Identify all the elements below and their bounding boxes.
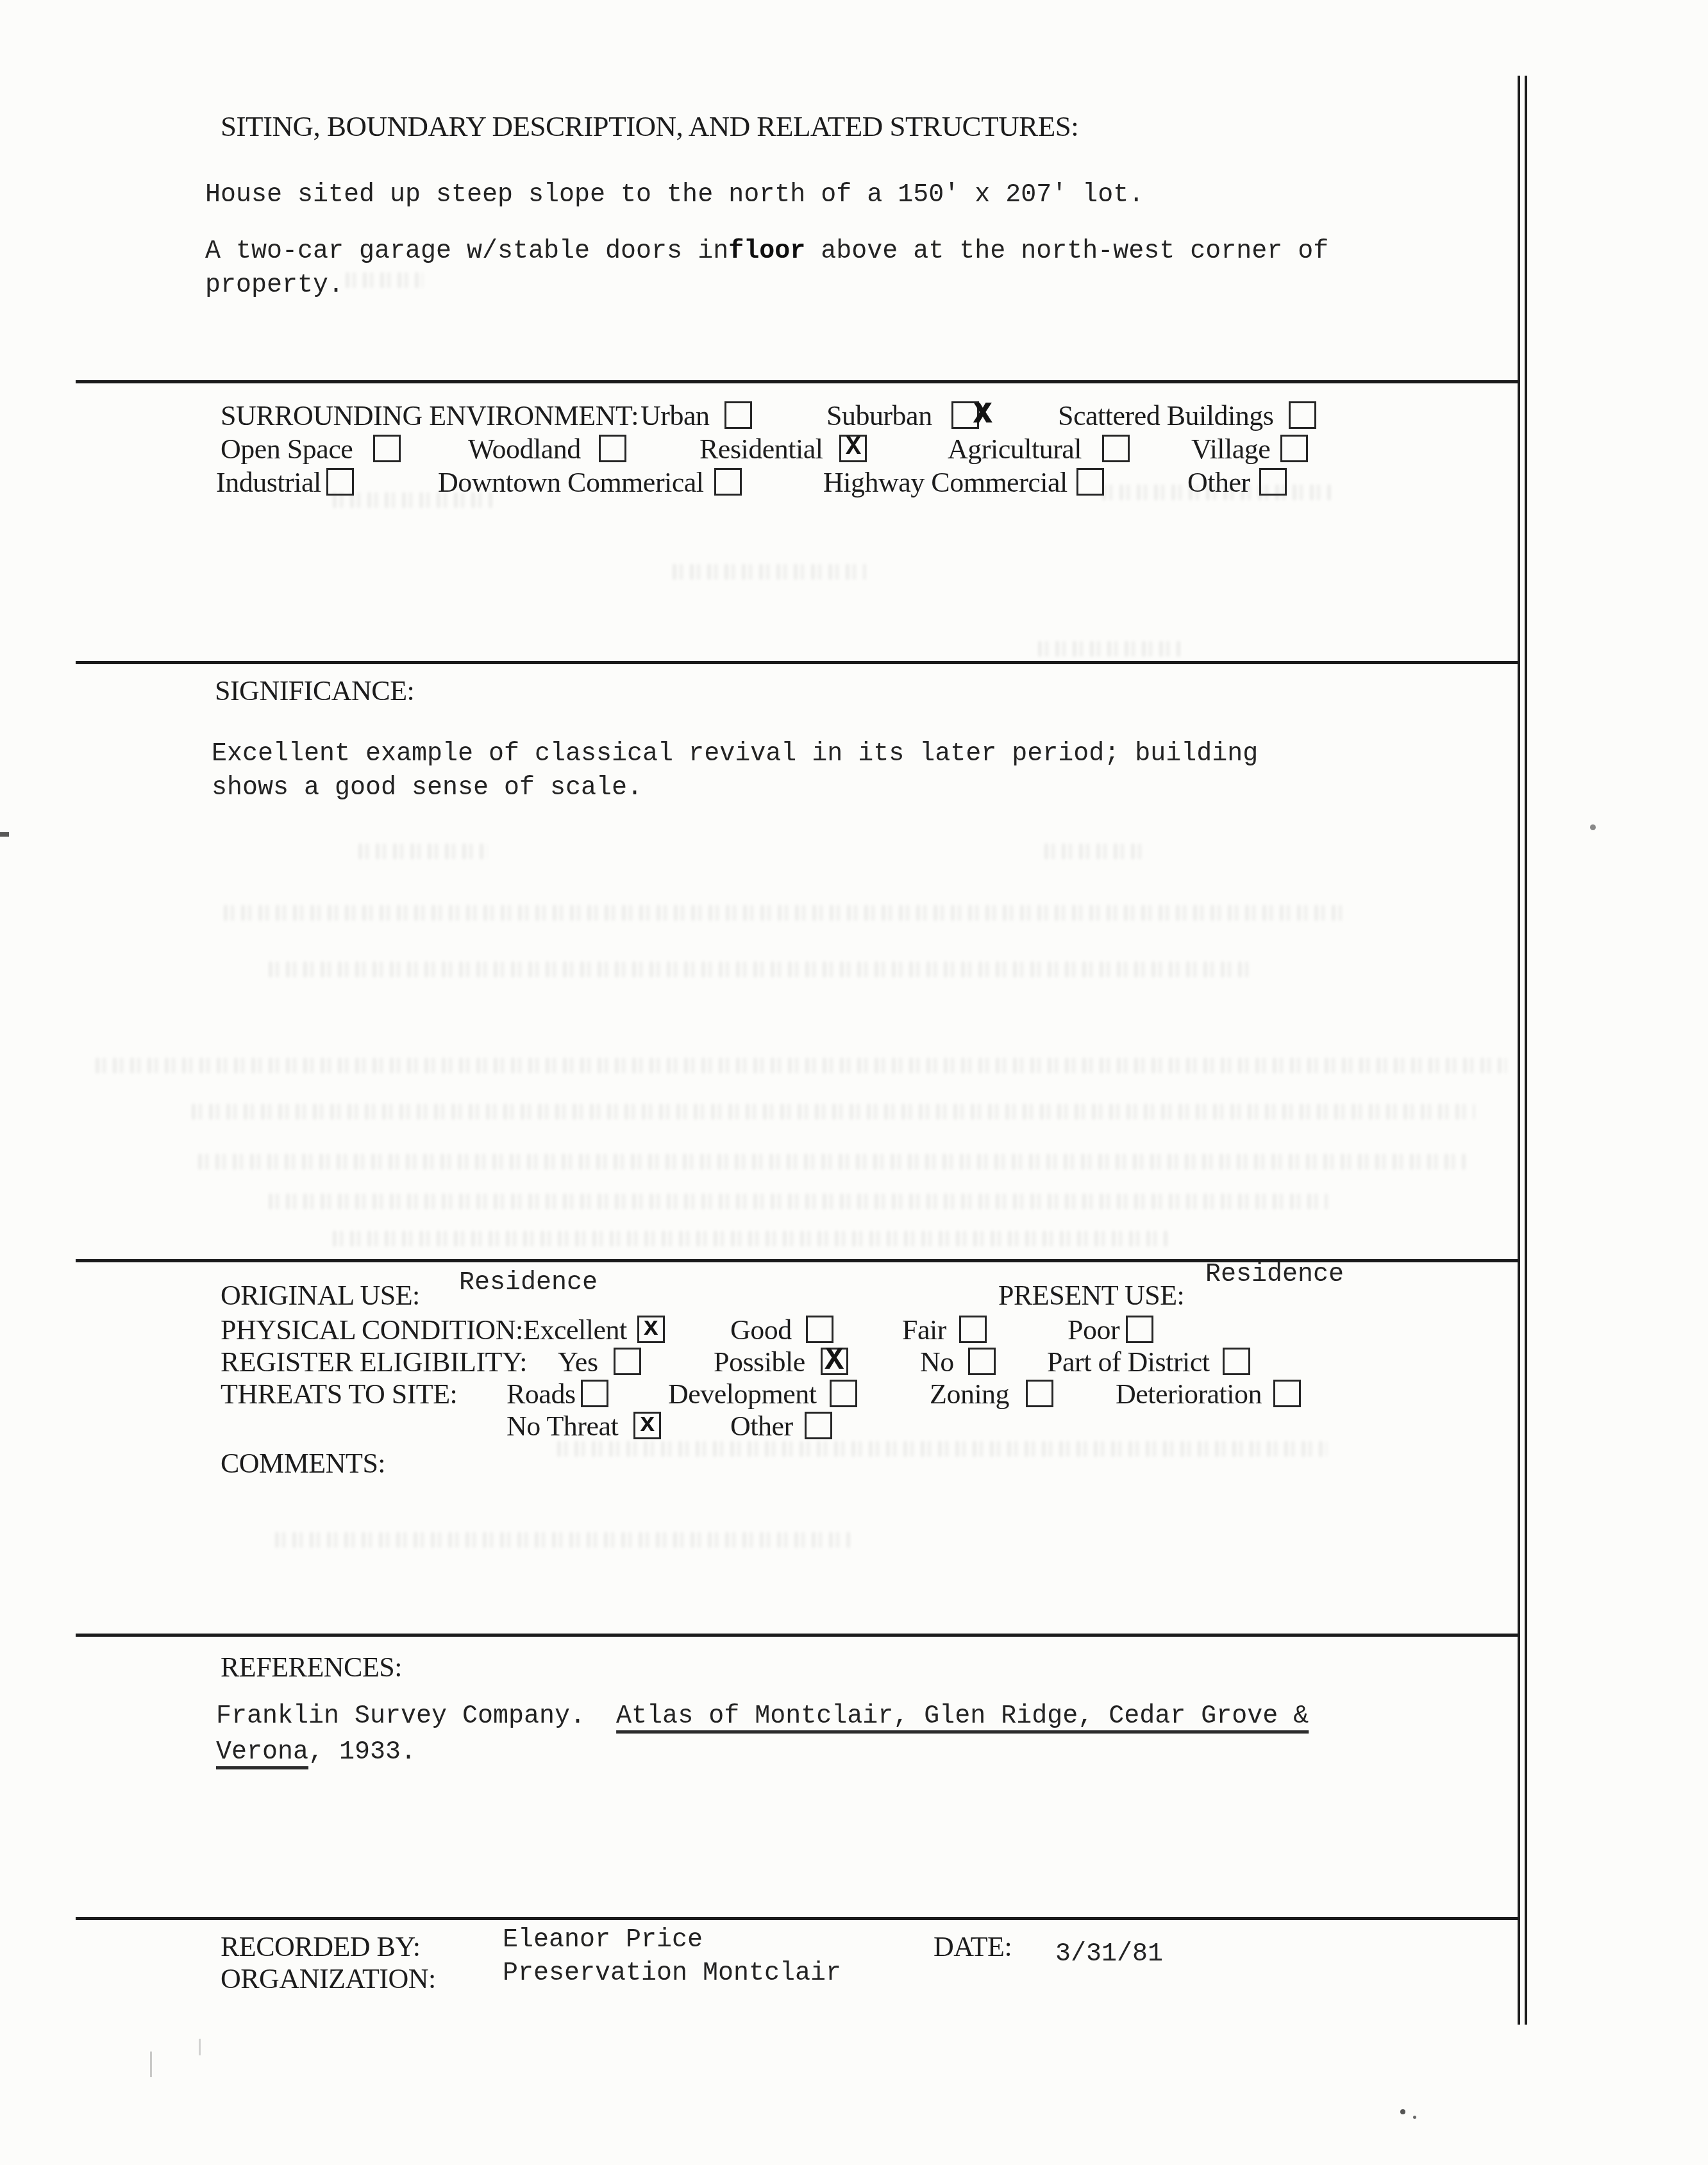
checkbox-mark: X: [846, 435, 861, 461]
reference-title-part-2: Verona: [216, 1738, 308, 1767]
env-option-label: Agricultural: [948, 433, 1082, 466]
env-option-label: Village: [1191, 433, 1270, 466]
environment-label-wrap: SURROUNDING ENVIRONMENT:: [221, 397, 639, 435]
env-option-village: Village: [1191, 431, 1308, 468]
date-value: 3/31/81: [1055, 1937, 1163, 1971]
checkbox-scattered-buildings[interactable]: [1289, 401, 1316, 429]
checkbox-deterioration[interactable]: [1273, 1380, 1301, 1407]
checkbox-mark: X: [825, 1345, 844, 1377]
original-use-value: Residence: [459, 1266, 598, 1300]
env-option-label: Industrial: [216, 467, 321, 499]
checkbox-part-of-district[interactable]: [1223, 1348, 1250, 1375]
environment-section-label: SURROUNDING ENVIRONMENT:: [221, 400, 639, 433]
ink-bleed-artifact: [192, 1104, 1475, 1119]
siting-paragraph-2-text: A two-car garage w/stable doors in: [205, 237, 728, 266]
ink-bleed-artifact: [276, 1532, 853, 1548]
env-option-suburban: Suburban XX: [826, 397, 979, 435]
present-use-label: PRESENT USE:: [998, 1280, 1184, 1312]
significance-line-1: Excellent example of classical revival i…: [212, 740, 1258, 769]
checkbox-open-space[interactable]: [373, 435, 401, 462]
reference-year: , 1933.: [308, 1738, 416, 1767]
organization-value: Preservation Montclair: [503, 1957, 841, 1991]
ink-bleed-artifact: [96, 1058, 1507, 1073]
scan-edge-artifact: [0, 832, 9, 837]
references-section-label: REFERENCES:: [221, 1651, 402, 1684]
env-option-agricultural: Agricultural: [948, 431, 1130, 468]
checkbox-mark: x: [640, 1412, 655, 1438]
ink-bleed-artifact: [359, 844, 487, 859]
checkbox-suburban[interactable]: XX: [951, 401, 979, 429]
ink-bleed-artifact: [1039, 641, 1180, 656]
checkbox-excellent[interactable]: x: [637, 1316, 665, 1343]
checkbox-industrial[interactable]: [326, 468, 354, 496]
register-option-label: Possible: [714, 1346, 805, 1379]
scan-speck: [1400, 2109, 1405, 2114]
checkbox-no-threat[interactable]: x: [633, 1412, 661, 1439]
environment-row-3: Industrial Downtown Commerical Highway C…: [0, 464, 1708, 501]
siting-paragraph-1: House sited up steep slope to the north …: [205, 178, 1144, 212]
checkbox-village[interactable]: [1280, 435, 1308, 462]
ink-bleed-artifact: [333, 1231, 1167, 1246]
threat-option-other: Other: [730, 1408, 832, 1445]
section-divider: [76, 661, 1518, 664]
checkbox-downtown-commercial[interactable]: [714, 468, 742, 496]
condition-option-label: Excellent: [523, 1314, 627, 1347]
environment-row-1: SURROUNDING ENVIRONMENT: Urban Suburban …: [0, 397, 1708, 435]
env-option-label: Woodland: [468, 433, 581, 466]
organization-label: ORGANIZATION:: [221, 1963, 436, 1996]
env-option-label: Scattered Buildings: [1058, 400, 1273, 433]
condition-option-label: Poor: [1067, 1314, 1119, 1347]
ink-bleed-artifact: [1103, 485, 1334, 500]
checkbox-highway-commercial[interactable]: [1076, 468, 1104, 496]
reference-author: Franklin Survey Company.: [216, 1702, 616, 1731]
ink-bleed-artifact: [558, 1441, 1327, 1457]
present-use-value: Residence: [1205, 1258, 1344, 1292]
register-option-label: Yes: [558, 1346, 598, 1379]
checkbox-possible[interactable]: X: [821, 1348, 848, 1375]
ink-bleed-artifact: [673, 564, 866, 580]
threat-option-label: Deterioration: [1116, 1378, 1262, 1411]
checkbox-zoning[interactable]: [1026, 1380, 1053, 1407]
checkbox-development[interactable]: [830, 1380, 857, 1407]
section-divider: [76, 380, 1518, 383]
reference-entry: Franklin Survey Company. Atlas of Montcl…: [216, 1699, 1309, 1771]
ink-bleed-artifact: [1045, 844, 1148, 859]
siting-paragraph-2-text-cont: above at the north-west corner of: [805, 237, 1328, 266]
reference-title-part-1: Atlas of Montclair, Glen Ridge, Cedar Gr…: [616, 1702, 1309, 1731]
threats-row-2: No Threat x Other: [0, 1408, 1708, 1445]
checkbox-fair[interactable]: [959, 1316, 987, 1343]
checkbox-residential[interactable]: X: [839, 435, 867, 462]
comments-label: COMMENTS:: [221, 1448, 385, 1480]
env-option-open-space: Open Space: [221, 431, 401, 468]
env-option-urban: Urban: [640, 397, 752, 435]
env-option-label: Open Space: [221, 433, 353, 466]
threat-option-no-threat: No Threat x: [507, 1408, 661, 1445]
significance-line-2: shows a good sense of scale.: [212, 774, 642, 803]
condition-option-label: Good: [730, 1314, 792, 1347]
recorded-by-label: RECORDED BY:: [221, 1931, 420, 1964]
threats-to-site-label: THREATS TO SITE:: [221, 1378, 457, 1411]
scan-speck: [1413, 2116, 1416, 2119]
threat-option-label: No Threat: [507, 1410, 618, 1443]
page-edge-line: [1525, 76, 1527, 2025]
threat-option-label: Zoning: [930, 1378, 1009, 1411]
recorded-by-value: Eleanor Price: [503, 1923, 703, 1957]
ink-bleed-artifact: [199, 1154, 1468, 1169]
checkbox-good[interactable]: [806, 1316, 833, 1343]
env-option-label: Residential: [699, 433, 823, 466]
checkbox-woodland[interactable]: [599, 435, 626, 462]
scan-speck: [1590, 824, 1596, 830]
env-option-label: Urban: [640, 400, 709, 433]
env-option-woodland: Woodland: [468, 431, 626, 468]
ink-bleed-artifact: [333, 492, 494, 508]
environment-row-2: Open Space Woodland Residential X Agricu…: [0, 431, 1708, 468]
original-use-label: ORIGINAL USE:: [221, 1280, 420, 1312]
date-label: DATE:: [934, 1931, 1012, 1964]
scan-edge-artifact: [150, 2052, 152, 2077]
significance-section-label: SIGNIFICANCE:: [215, 675, 414, 708]
threat-option-label: Development: [668, 1378, 817, 1411]
physical-condition-label: PHYSICAL CONDITION:: [221, 1314, 523, 1347]
threat-option-label: Other: [730, 1410, 793, 1443]
register-option-label: No: [920, 1346, 954, 1379]
section-divider: [76, 1917, 1518, 1920]
checkbox-other-threat[interactable]: [805, 1412, 832, 1439]
register-eligibility-label: REGISTER ELIGIBILITY:: [221, 1346, 527, 1379]
siting-paragraph-2-bold-word: floor: [728, 237, 805, 266]
section-divider: [76, 1634, 1518, 1637]
register-option-label: Part of District: [1047, 1346, 1210, 1379]
siting-paragraph-2: A two-car garage w/stable doors infloor …: [205, 235, 1436, 303]
env-option-scattered-buildings: Scattered Buildings: [1058, 397, 1316, 435]
env-option-label: Suburban: [826, 400, 932, 433]
checkbox-mark: x: [643, 1316, 658, 1342]
siting-paragraph-2-line2: property.: [205, 271, 344, 300]
scanned-survey-form-page: { "siting": { "heading": "SITING, BOUNDA…: [0, 0, 1708, 2165]
condition-option-label: Fair: [902, 1314, 946, 1347]
ink-bleed-artifact: [269, 1194, 1327, 1209]
checkbox-roads[interactable]: [581, 1380, 608, 1407]
scan-edge-artifact: [199, 2039, 201, 2055]
checkbox-urban[interactable]: [724, 401, 752, 429]
significance-text: Excellent example of classical revival i…: [212, 737, 1258, 805]
threat-option-label: Roads: [507, 1378, 576, 1411]
env-option-label: Highway Commercial: [823, 467, 1067, 499]
checkbox-poor[interactable]: [1126, 1316, 1153, 1343]
siting-section-heading: SITING, BOUNDARY DESCRIPTION, AND RELATE…: [221, 110, 1078, 144]
ink-bleed-artifact: [269, 962, 1250, 977]
env-option-residential: Residential X: [699, 431, 867, 468]
env-option-highway-commercial: Highway Commercial: [823, 464, 1104, 501]
checkbox-agricultural[interactable]: [1102, 435, 1130, 462]
ink-bleed-artifact: [224, 905, 1346, 921]
checkbox-no[interactable]: [968, 1348, 996, 1375]
page-edge-line: [1518, 76, 1520, 2025]
checkbox-yes[interactable]: [614, 1348, 641, 1375]
ink-bleed-artifact: [346, 272, 423, 288]
